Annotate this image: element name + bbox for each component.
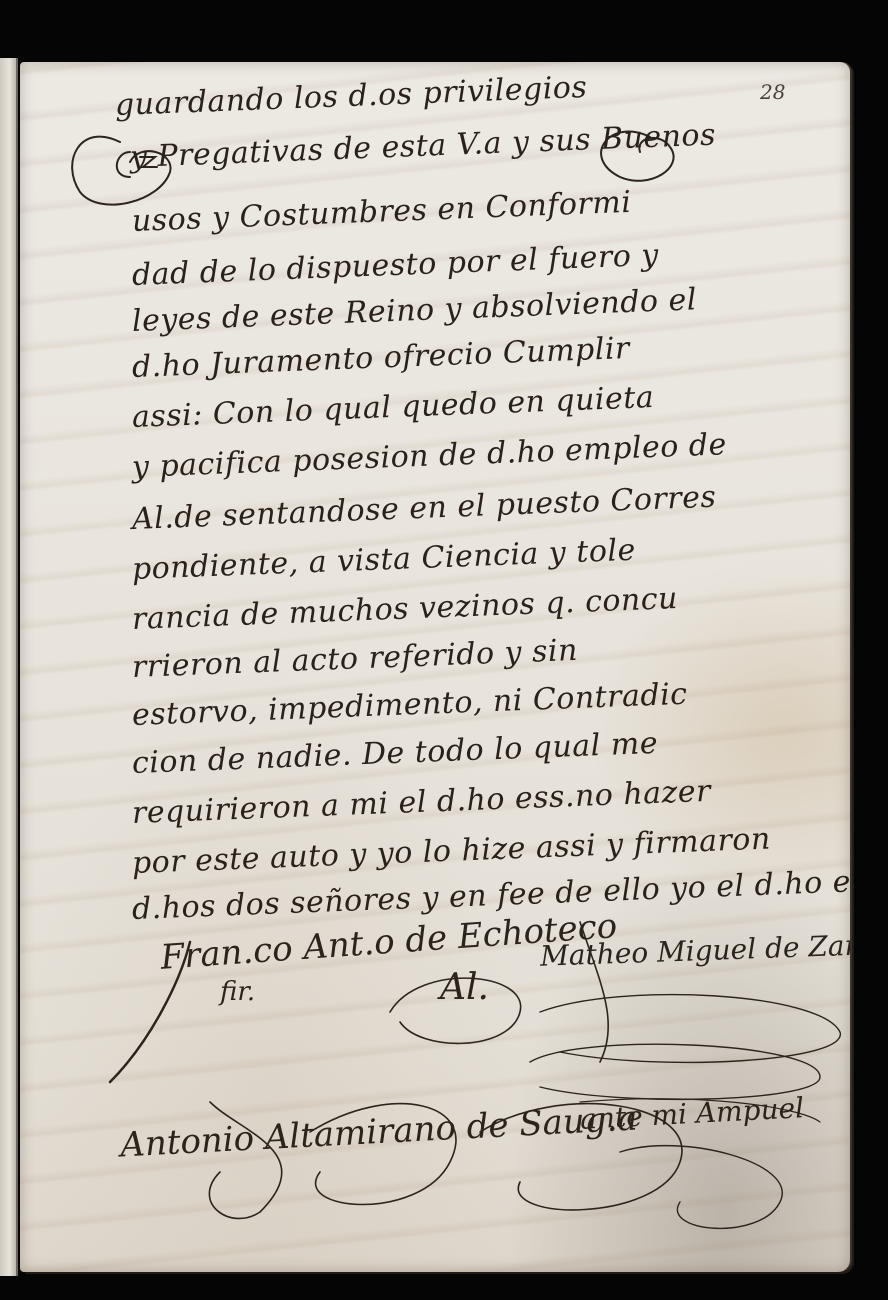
folio-number: 28	[760, 80, 785, 104]
text-line-13: estorvo, impedimento, ni Contradic	[131, 677, 688, 733]
text-line-8: y pacifica posesion de d.ho empleo de	[131, 427, 727, 485]
text-line-3: usos y Costumbres en Conformi	[131, 185, 632, 239]
text-line-6: d.ho Juramento ofrecio Cumplir	[131, 331, 630, 385]
text-line-14: cion de nadie. De todo lo qual me	[131, 726, 658, 781]
facing-page-edge	[0, 58, 18, 1276]
text-line-5: leyes de este Reino y absolviendo el	[131, 282, 697, 339]
document-viewer: 28 guardando los d.os privilegios y Preg…	[0, 0, 888, 1300]
text-line-7: assi: Con lo qual quedo en quieta	[131, 380, 654, 435]
text-line-10: pondiente, a vista Ciencia y tole	[131, 533, 636, 587]
text-line-4: dad de lo dispuesto por el fuero y	[131, 238, 659, 293]
text-line-11: rancia de muchos vezinos q. concu	[131, 581, 678, 637]
text-line-9: Al.de sentandose en el puesto Corres	[131, 480, 717, 537]
signature-echoteco-rubric: fir.	[220, 977, 255, 1007]
signature-ampuel: ante mi Ampuel	[579, 1091, 805, 1136]
text-line-15: requirieron a mi el d.ho ess.no hazer	[131, 774, 711, 831]
text-line-12: rrieron al acto referido y sin	[131, 633, 578, 685]
signature-altamirano: Antonio Altamirano de Saug.a	[119, 1098, 638, 1165]
manuscript-page: 28 guardando los d.os privilegios y Preg…	[20, 62, 850, 1272]
signature-monogram: Al.	[440, 967, 489, 1008]
text-line-1: guardando los d.os privilegios	[114, 70, 588, 123]
text-line-2: y Pregativas de esta V.a y sus Buenos	[129, 118, 716, 175]
